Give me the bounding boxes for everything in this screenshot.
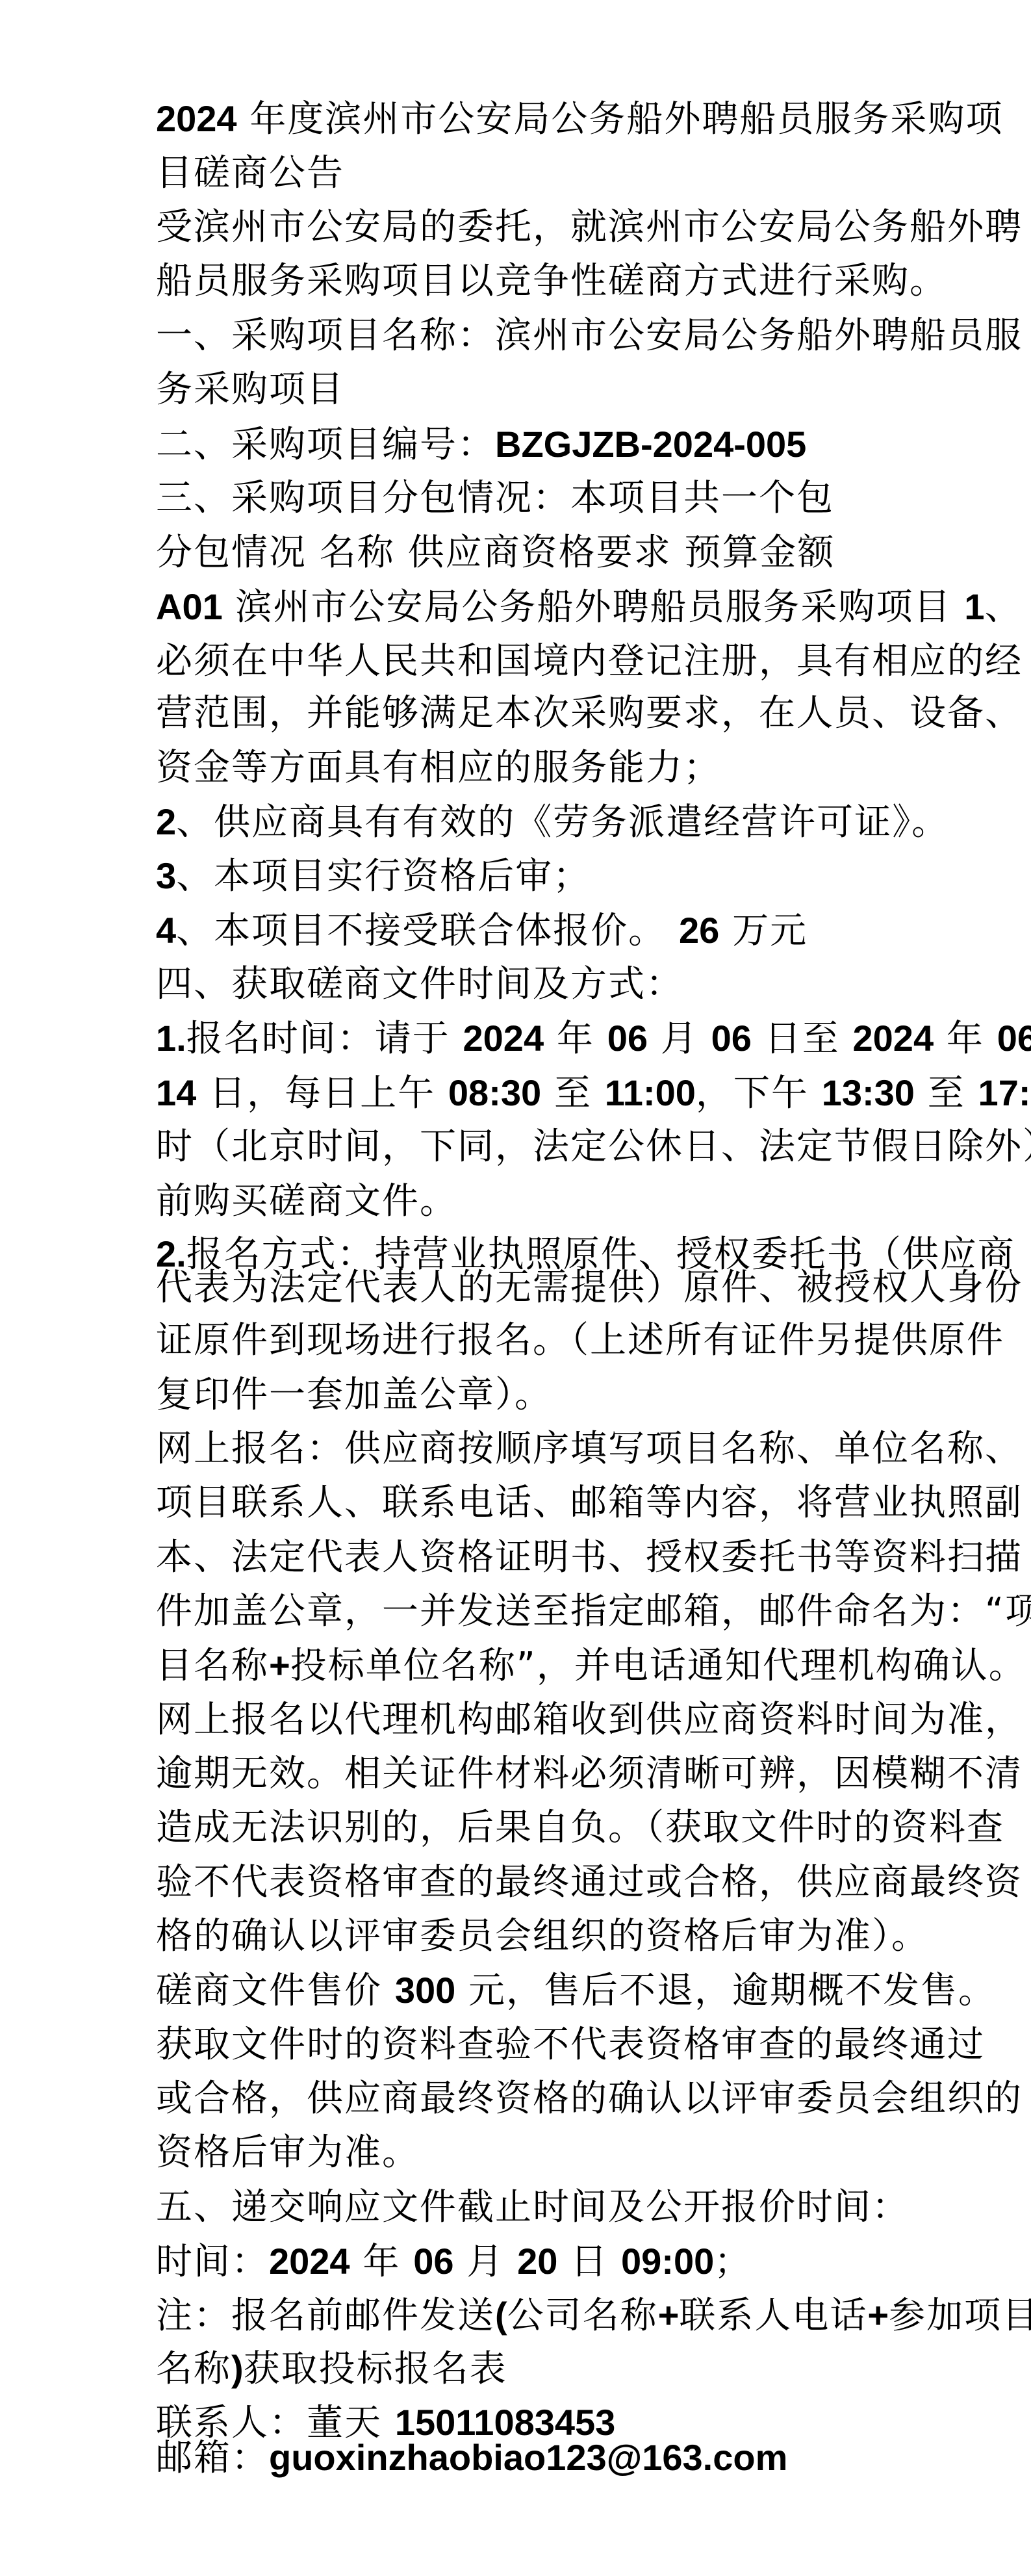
- bold-text-segment: (: [495, 2295, 507, 2336]
- document-text-line: 目名称+投标单位名称”，并电话通知代理机构确认。: [156, 1643, 1026, 1688]
- text-segment: 项目联系人、联系电话、邮箱等内容，将营业执照副: [156, 1482, 1023, 1524]
- text-segment: 网上报名：供应商按顺序填写项目名称、单位名称、: [156, 1428, 1023, 1470]
- bold-text-segment: 300: [395, 1970, 455, 2011]
- text-segment: 务采购项目: [156, 368, 344, 411]
- bold-text-segment: 3: [156, 855, 176, 896]
- document-text-line: 复印件一套加盖公章）。: [156, 1372, 552, 1418]
- bold-text-segment: 11:00: [605, 1072, 696, 1113]
- bold-text-segment: 26: [679, 910, 719, 951]
- document-text-line: 五、递交响应文件截止时间及公开报价时间：: [156, 2185, 910, 2230]
- text-segment: 、本项目不接受联合体报价。: [176, 910, 679, 952]
- bold-text-segment: 1: [964, 586, 984, 627]
- text-segment: 年: [350, 2241, 414, 2283]
- text-segment: 三、采购项目分包情况：本项目共一个包: [156, 477, 834, 519]
- text-segment: 日，每日上午: [196, 1072, 448, 1114]
- document-text-line: 时（北京时间，下同，法定公休日、法定节假日除外）: [156, 1124, 1031, 1170]
- bold-text-segment: +: [658, 2295, 680, 2336]
- bold-text-segment: 13:30: [822, 1072, 915, 1113]
- document-text-line: 分包情况 名称 供应商资格要求 预算金额: [156, 530, 835, 576]
- text-segment: ；: [714, 2241, 752, 2283]
- document-text-line: 二、采购项目编号：BZGJZB-2024-005: [156, 422, 806, 467]
- document-text-line: 名称)获取投标报名表: [156, 2346, 507, 2391]
- text-segment: 日: [557, 2241, 621, 2283]
- text-segment: 参加项目: [889, 2295, 1031, 2337]
- text-segment: 邮箱：: [156, 2437, 269, 2479]
- text-segment: 、供应商具有有效的《劳务派遣经营许可证》。: [176, 801, 949, 844]
- document-text-line: 2、供应商具有有效的《劳务派遣经营许可证》。: [156, 799, 949, 845]
- text-segment: 造成无法识别的，后果自负。（获取文件时的资料查: [156, 1807, 1004, 1849]
- text-segment: 注：报名前邮件发送: [156, 2295, 495, 2337]
- text-segment: 日至: [752, 1018, 853, 1060]
- bold-text-segment: 20: [517, 2241, 557, 2282]
- text-segment: 万元: [719, 910, 808, 952]
- text-segment: 逾期无效。相关证件材料必须清晰可辨，因模糊不清: [156, 1753, 1023, 1795]
- document-text-line: 船员服务采购项目以竞争性磋商方式进行采购。: [156, 259, 947, 304]
- bold-text-segment: 2024: [269, 2241, 350, 2282]
- document-text-line: 逾期无效。相关证件材料必须清晰可辨，因模糊不清: [156, 1751, 1023, 1797]
- text-segment: 资格后审为准。: [156, 2132, 420, 2174]
- text-segment: 、本项目实行资格后审；: [176, 855, 591, 897]
- document-title-line: 2024 年度滨州市公安局公务船外聘船员服务采购项: [156, 96, 1003, 142]
- bold-text-segment: 1.: [156, 1018, 186, 1059]
- bold-text-segment: 2024: [463, 1018, 544, 1059]
- document-text-line: 项目联系人、联系电话、邮箱等内容，将营业执照副: [156, 1480, 1023, 1526]
- text-segment: 名称: [156, 2348, 231, 2390]
- text-segment: 件加盖公章，一并发送至指定邮箱，邮件命名为：“项: [156, 1590, 1031, 1632]
- text-segment: 年: [544, 1018, 607, 1060]
- text-segment: 时间：: [156, 2241, 269, 2283]
- text-segment: 获取文件时的资料查验不代表资格审查的最终通过: [156, 2024, 985, 2066]
- document-text-line: 14 日，每日上午 08:30 至 11:00，下午 13:30 至 17:30: [156, 1070, 1031, 1116]
- bold-text-segment: 4: [156, 910, 176, 951]
- document-text-line: 资金等方面具有相应的服务能力；: [156, 745, 721, 791]
- bold-text-segment: BZGJZB-2024-005: [495, 424, 806, 465]
- text-segment: 公司名称: [507, 2295, 658, 2337]
- bold-text-segment: 2024: [853, 1018, 934, 1059]
- text-segment: 年度滨州市公安局公务船外聘船员服务采购项: [237, 98, 1004, 140]
- bold-text-segment: 06: [607, 1018, 648, 1059]
- document-text-line: 四、获取磋商文件时间及方式：: [156, 962, 683, 1007]
- text-segment: 五、递交响应文件截止时间及公开报价时间：: [156, 2186, 910, 2228]
- text-segment: 资金等方面具有相应的服务能力；: [156, 747, 721, 789]
- bold-text-segment: 2024: [156, 98, 237, 139]
- bold-text-segment: A01: [156, 586, 223, 627]
- text-segment: 联系人电话: [679, 2295, 867, 2337]
- document-text-line: 或合格，供应商最终资格的确认以评审委员会组织的: [156, 2076, 1023, 2122]
- bold-text-segment: 06: [413, 2241, 453, 2282]
- document-text-line: 前购买磋商文件。: [156, 1179, 457, 1224]
- document-text-line: 一、采购项目名称：滨州市公安局公务船外聘船员服: [156, 313, 1023, 359]
- document-text-line: 三、采购项目分包情况：本项目共一个包: [156, 476, 834, 521]
- text-segment: 目磋商公告: [156, 152, 344, 194]
- text-segment: 代表为法定代表人的无需提供）原件、被授权人身份: [156, 1267, 1023, 1309]
- text-segment: 二、采购项目编号：: [156, 424, 495, 466]
- bold-text-segment: guoxinzhaobiao123@163.com: [269, 2437, 787, 2478]
- document-text-line: 格的确认以评审委员会组织的资格后审为准）。: [156, 1914, 929, 1959]
- document-text-line: 本、法定代表人资格证明书、授权委托书等资料扫描: [156, 1535, 1023, 1580]
- text-segment: 四、获取磋商文件时间及方式：: [156, 963, 683, 1005]
- text-segment: 、: [985, 586, 1023, 628]
- text-segment: 证原件到现场进行报名。（上述所有证件另提供原件: [156, 1319, 1004, 1361]
- bold-text-segment: 17:30: [978, 1072, 1031, 1113]
- document-text-line: 资格后审为准。: [156, 2130, 420, 2176]
- document-text-line: 必须在中华人民共和国境内登记注册，具有相应的经: [156, 639, 1023, 684]
- announcement-page: 2024 年度滨州市公安局公务船外聘船员服务采购项目磋商公告受滨州市公安局的委托…: [0, 0, 1031, 2576]
- text-segment: 月: [453, 2241, 517, 2283]
- document-text-line: 网上报名以代理机构邮箱收到供应商资料时间为准，: [156, 1697, 1023, 1743]
- text-segment: 前购买磋商文件。: [156, 1180, 457, 1222]
- document-title-line: 目磋商公告: [156, 151, 344, 196]
- bold-text-segment: ): [231, 2348, 244, 2389]
- document-text-line: 务采购项目: [156, 367, 344, 413]
- document-text-line: 代表为法定代表人的无需提供）原件、被授权人身份: [156, 1265, 1023, 1311]
- text-segment: 月: [648, 1018, 711, 1060]
- document-text-line: A01 滨州市公安局公务船外聘船员服务采购项目 1、: [156, 584, 1023, 630]
- text-segment: 报名时间：请于: [186, 1018, 463, 1060]
- document-text-line: 4、本项目不接受联合体报价。 26 万元: [156, 908, 808, 953]
- text-segment: 一、采购项目名称：滨州市公安局公务船外聘船员服: [156, 315, 1023, 357]
- text-segment: 格的确认以评审委员会组织的资格后审为准）。: [156, 1915, 929, 1957]
- text-segment: 时（北京时间，下同，法定公休日、法定节假日除外）: [156, 1126, 1031, 1168]
- document-text-line: 件加盖公章，一并发送至指定邮箱，邮件命名为：“项: [156, 1589, 1031, 1634]
- text-segment: 至: [541, 1072, 605, 1114]
- text-segment: 验不代表资格审查的最终通过或合格，供应商最终资: [156, 1861, 1023, 1903]
- document-text-line: 营范围，并能够满足本次采购要求，在人员、设备、: [156, 691, 1023, 736]
- text-segment: 网上报名以代理机构邮箱收到供应商资料时间为准，: [156, 1699, 1023, 1741]
- text-segment: 船员服务采购项目以竞争性磋商方式进行采购。: [156, 260, 947, 302]
- document-text-line: 验不代表资格审查的最终通过或合格，供应商最终资: [156, 1860, 1023, 1905]
- text-segment: 必须在中华人民共和国境内登记注册，具有相应的经: [156, 640, 1023, 682]
- document-text-line: 1.报名时间：请于 2024 年 06 月 06 日至 2024 年 06 月: [156, 1016, 1031, 1061]
- text-segment: 分包情况 名称 供应商资格要求 预算金额: [156, 532, 835, 574]
- bold-text-segment: 09:00: [621, 2241, 714, 2282]
- bold-text-segment: 06: [711, 1018, 752, 1059]
- text-segment: 年: [934, 1018, 997, 1060]
- text-segment: 滨州市公安局公务船外聘船员服务采购项目: [223, 586, 965, 628]
- document-text-line: 3、本项目实行资格后审；: [156, 853, 591, 899]
- bold-text-segment: 08:30: [448, 1072, 541, 1113]
- document-text-line: 网上报名：供应商按顺序填写项目名称、单位名称、: [156, 1426, 1023, 1472]
- document-text-line: 造成无法识别的，后果自负。（获取文件时的资料查: [156, 1805, 1004, 1851]
- text-segment: 受滨州市公安局的委托，就滨州市公安局公务船外聘: [156, 206, 1023, 248]
- bold-text-segment: +: [867, 2295, 889, 2336]
- document-text-line: 注：报名前邮件发送(公司名称+联系人电话+参加项目: [156, 2293, 1031, 2338]
- text-segment: 复印件一套加盖公章）。: [156, 1374, 552, 1416]
- document-text-line: 获取文件时的资料查验不代表资格审查的最终通过: [156, 2022, 985, 2068]
- bold-text-segment: 2: [156, 801, 176, 842]
- document-text-line: 邮箱：guoxinzhaobiao123@163.com: [156, 2435, 787, 2480]
- text-segment: 营范围，并能够满足本次采购要求，在人员、设备、: [156, 692, 1023, 734]
- text-segment: 本、法定代表人资格证明书、授权委托书等资料扫描: [156, 1536, 1023, 1578]
- document-text-line: 受滨州市公安局的委托，就滨州市公安局公务船外聘: [156, 205, 1023, 250]
- bold-text-segment: 06: [997, 1018, 1031, 1059]
- bold-text-segment: +: [269, 1645, 290, 1686]
- bold-text-segment: 14: [156, 1072, 196, 1113]
- document-text-line: 证原件到现场进行报名。（上述所有证件另提供原件: [156, 1318, 1004, 1363]
- text-segment: 目名称: [156, 1645, 269, 1687]
- text-segment: 获取投标报名表: [244, 2348, 507, 2390]
- text-segment: 磋商文件售价: [156, 1970, 395, 2012]
- document-text-line: 时间：2024 年 06 月 20 日 09:00；: [156, 2239, 752, 2284]
- text-segment: 投标单位名称”，并电话通知代理机构确认。: [290, 1645, 1026, 1687]
- text-segment: ，下午: [696, 1072, 822, 1114]
- document-text-line: 磋商文件售价 300 元，售后不退，逾期概不发售。: [156, 1968, 996, 2013]
- text-segment: 或合格，供应商最终资格的确认以评审委员会组织的: [156, 2078, 1023, 2120]
- text-segment: 至: [915, 1072, 978, 1114]
- text-segment: 元，售后不退，逾期概不发售。: [455, 1970, 996, 2012]
